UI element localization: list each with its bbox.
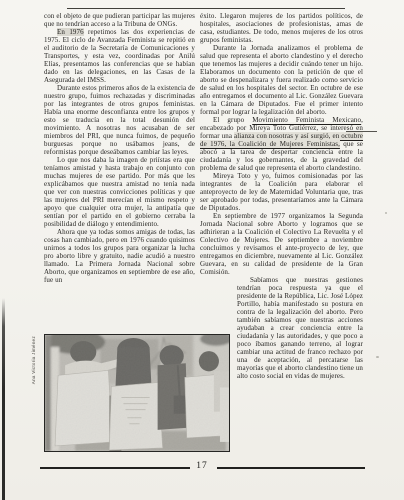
highlighted-phrase: En 1976 [57,28,84,36]
left-text-column: con el objeto de que pudieran participar… [44,12,195,284]
paragraph: Ahora que ya todas somos amigas de todas… [44,228,195,284]
paragraph: éxito. Llegaron mujeres de los partidos … [200,12,363,44]
photo-credit-text: Ana Victoria Jiménez [31,336,36,384]
scan-speck [385,212,387,214]
photo-credit: Ana Victoria Jiménez [31,336,39,414]
paragraph: con el objeto de que pudieran participar… [44,12,195,28]
paragraph: Lo que nos daba la imagen de priístas er… [44,156,195,228]
pen-margin-mark [346,131,377,132]
paragraph: Durante estos primeros años de la existe… [44,84,195,156]
paragraph: En 1976 repetimos las dos experiencias d… [44,28,195,84]
page-number: 17 [190,461,214,471]
scan-edge-artifact [2,298,5,500]
paragraph: El grupo Movimiento Feminista Mexicano, … [200,116,363,172]
paragraph: Mireya Toto y yo, fuimos comisionadas po… [200,172,363,212]
scanned-book-page: con el objeto de que pudieran participar… [0,0,404,500]
paragraph-text: repetimos las dos experiencias de 1975. … [44,28,195,84]
footer-rule-right [217,467,365,469]
paragraph: Durante la Jornada analizamos el problem… [200,44,363,116]
scan-speck [376,356,379,358]
header-rule [67,8,345,9]
footer-rule-left [40,467,190,469]
protest-photo [44,334,230,452]
paragraph-text: El grupo [213,116,252,124]
paragraph: En septiembre de 1977 organizamos la Seg… [200,212,363,276]
underlined-phrase: Movimiento Feminista Mexicano [252,116,361,124]
protest-photo-illustration [45,335,229,451]
